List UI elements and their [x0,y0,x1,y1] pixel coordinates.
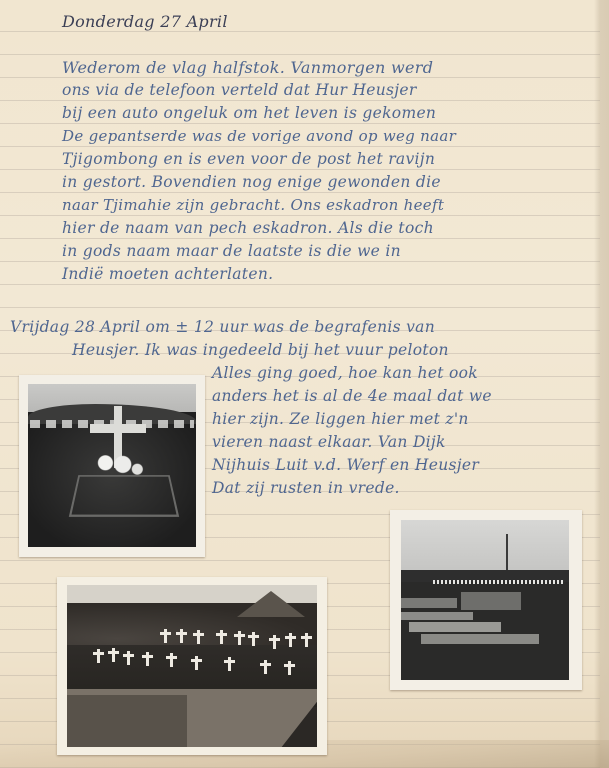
entry-1-line-4: De gepantserde was de vorige avond op we… [62,127,456,145]
diary-page: Donderdag 27 April Wederom de vlag halfs… [0,0,609,768]
entry-1-line-5: Tjigombong en is even voor de post het r… [62,150,435,168]
entry-2-line-3: Alles ging goed, hoe kan het ook [212,364,478,382]
entry-2-line-5: hier zijn. Ze liggen hier met z'n [212,410,469,428]
entry-2-line-1: Vrijdag 28 April om ± 12 uur was de begr… [10,318,435,336]
entry-2-line-4: anders het is al de 4e maal dat we [212,387,492,405]
photo-grave-with-flowers [19,375,205,557]
photo-rows-of-crosses [57,577,327,755]
entry-1-line-7: naar Tjimahie zijn gebracht. Ons eskadro… [62,196,444,214]
entry-1-line-2: ons via de telefoon verteld dat Hur Heus… [62,81,417,99]
photo-cemetery-steps [390,510,582,690]
entry-1-line-9: in gods naam maar de laatste is die we i… [62,242,401,260]
entry-heading-thursday: Donderdag 27 April [62,12,228,31]
entry-1-line-1: Wederom de vlag halfstok. Vanmorgen werd [62,58,433,77]
entry-1-line-8: hier de naam van pech eskadron. Als die … [62,219,434,237]
entry-1-line-3: bij een auto ongeluk om het leven is gek… [62,104,436,122]
entry-2-line-7: Nijhuis Luit v.d. Werf en Heusjer [212,456,479,474]
entry-2-line-2: Heusjer. Ik was ingedeeld bij het vuur p… [72,341,449,359]
entry-2-line-6: vieren naast elkaar. Van Dijk [212,433,446,451]
entry-1-line-10: Indië moeten achterlaten. [62,265,273,283]
entry-1-line-6: in gestort. Bovendien nog enige gewonden… [62,173,441,191]
entry-2-line-8: Dat zij rusten in vrede. [212,479,400,497]
